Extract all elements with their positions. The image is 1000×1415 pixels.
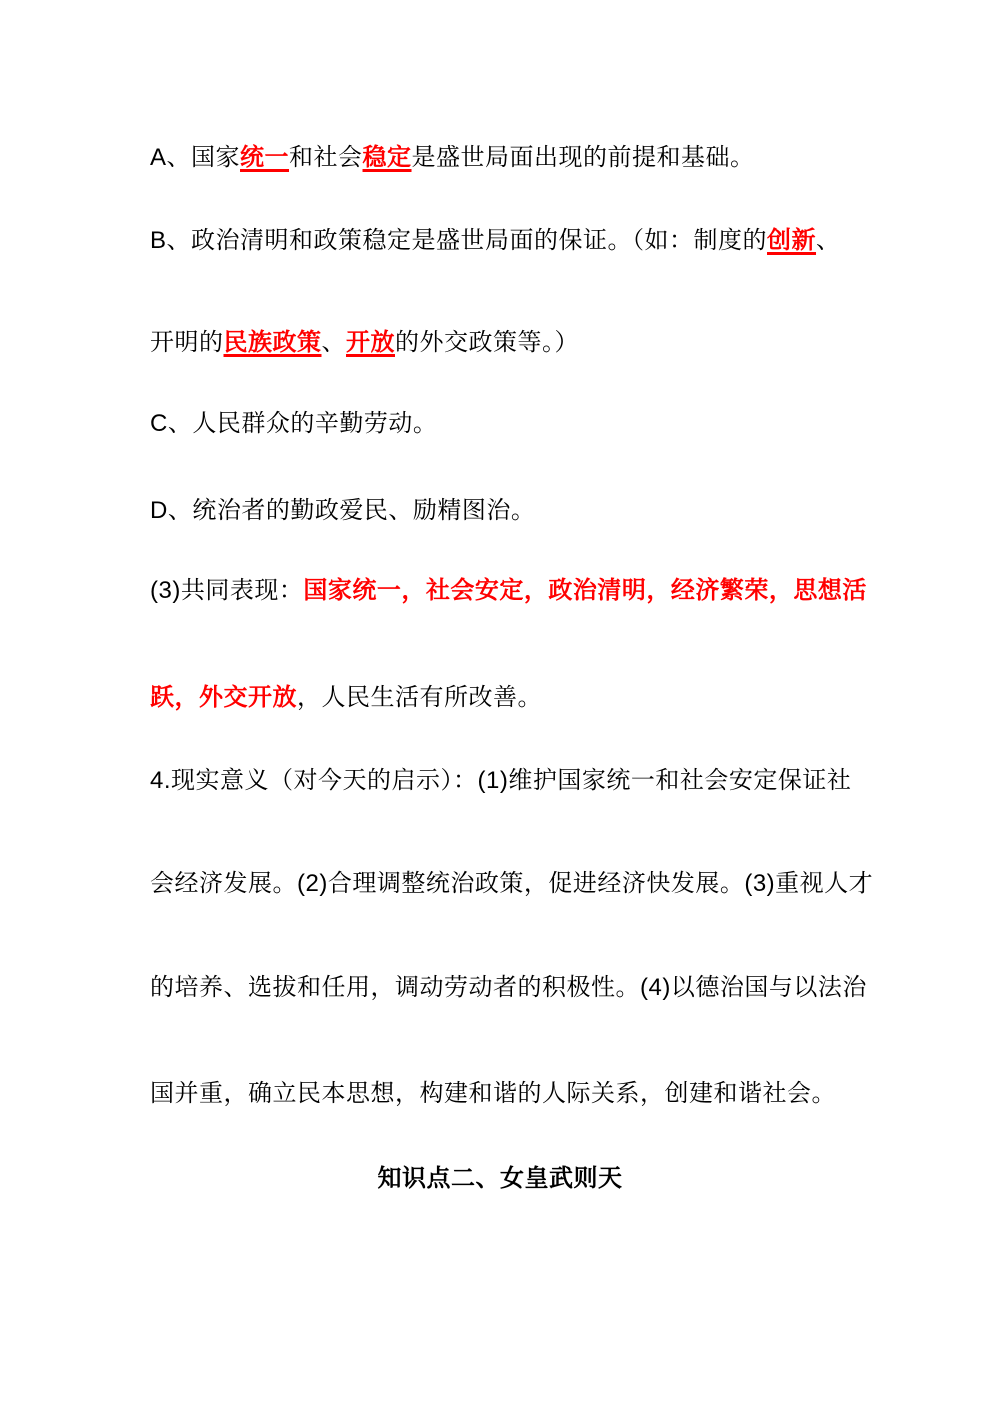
text-run: 的外交政策等。）: [395, 329, 579, 356]
red-underline-run: 创新: [767, 227, 816, 254]
text-run: D、统治者的勤政爱民、励精图治。: [150, 497, 535, 524]
option-d-line: D、统治者的勤政爱民、励精图治。: [150, 497, 535, 525]
option-b-line-1: B、政治清明和政策稳定是盛世局面的保证。（如：制度的创新、: [150, 227, 841, 255]
common-manifestation-line-2: 跃，外交开放，人民生活有所改善。: [150, 684, 542, 712]
red-underline-run: 民族政策: [224, 329, 322, 356]
red-underline-run: 统一: [240, 144, 289, 171]
document-page: A、国家统一和社会稳定是盛世局面出现的前提和基础。B、政治清明和政策稳定是盛世局…: [0, 0, 1000, 1415]
common-manifestation-line-1: (3)共同表现：国家统一，社会安定，政治清明，经济繁荣，思想活: [150, 577, 867, 605]
heading-run: 知识点二、女皇武则天: [378, 1165, 623, 1192]
option-b-line-2: 开明的民族政策、开放的外交政策等。）: [150, 329, 579, 357]
red-underline-run: 稳定: [363, 144, 412, 171]
text-run: 4.现实意义（对今天的启示）：(1)维护国家统一和社会安定保证社: [150, 767, 851, 794]
red-bold-run: 国家统一，社会安定，政治清明，经济繁荣，思想活: [303, 577, 867, 604]
option-a-line: A、国家统一和社会稳定是盛世局面出现的前提和基础。: [150, 144, 755, 172]
text-run: (3)共同表现：: [150, 577, 303, 604]
text-run: 和社会: [289, 144, 363, 171]
text-run: 的培养、选拔和任用，调动劳动者的积极性。(4)以德治国与以法治: [150, 974, 867, 1001]
text-run: 国并重，确立民本思想，构建和谐的人际关系，创建和谐社会。: [150, 1080, 836, 1107]
text-run: B、政治清明和政策稳定是盛世局面的保证。（如：制度的: [150, 227, 767, 254]
practical-significance-line-4: 国并重，确立民本思想，构建和谐的人际关系，创建和谐社会。: [150, 1080, 836, 1108]
red-bold-run: 跃，外交开放: [150, 684, 297, 711]
text-run: 会经济发展。(2)合理调整统治政策，促进经济快发展。(3)重视人才: [150, 870, 873, 897]
text-run: ，人民生活有所改善。: [297, 684, 542, 711]
section-heading: 知识点二、女皇武则天: [0, 1165, 1000, 1193]
practical-significance-line-1: 4.现实意义（对今天的启示）：(1)维护国家统一和社会安定保证社: [150, 767, 851, 795]
text-run: C、人民群众的辛勤劳动。: [150, 410, 437, 437]
text-run: 是盛世局面出现的前提和基础。: [412, 144, 755, 171]
option-c-line: C、人民群众的辛勤劳动。: [150, 410, 437, 438]
practical-significance-line-3: 的培养、选拔和任用，调动劳动者的积极性。(4)以德治国与以法治: [150, 974, 867, 1002]
text-run: A、国家: [150, 144, 240, 171]
text-run: 、: [322, 329, 347, 356]
red-underline-run: 开放: [346, 329, 395, 356]
practical-significance-line-2: 会经济发展。(2)合理调整统治政策，促进经济快发展。(3)重视人才: [150, 870, 873, 898]
text-run: 、: [816, 227, 841, 254]
text-run: 开明的: [150, 329, 224, 356]
